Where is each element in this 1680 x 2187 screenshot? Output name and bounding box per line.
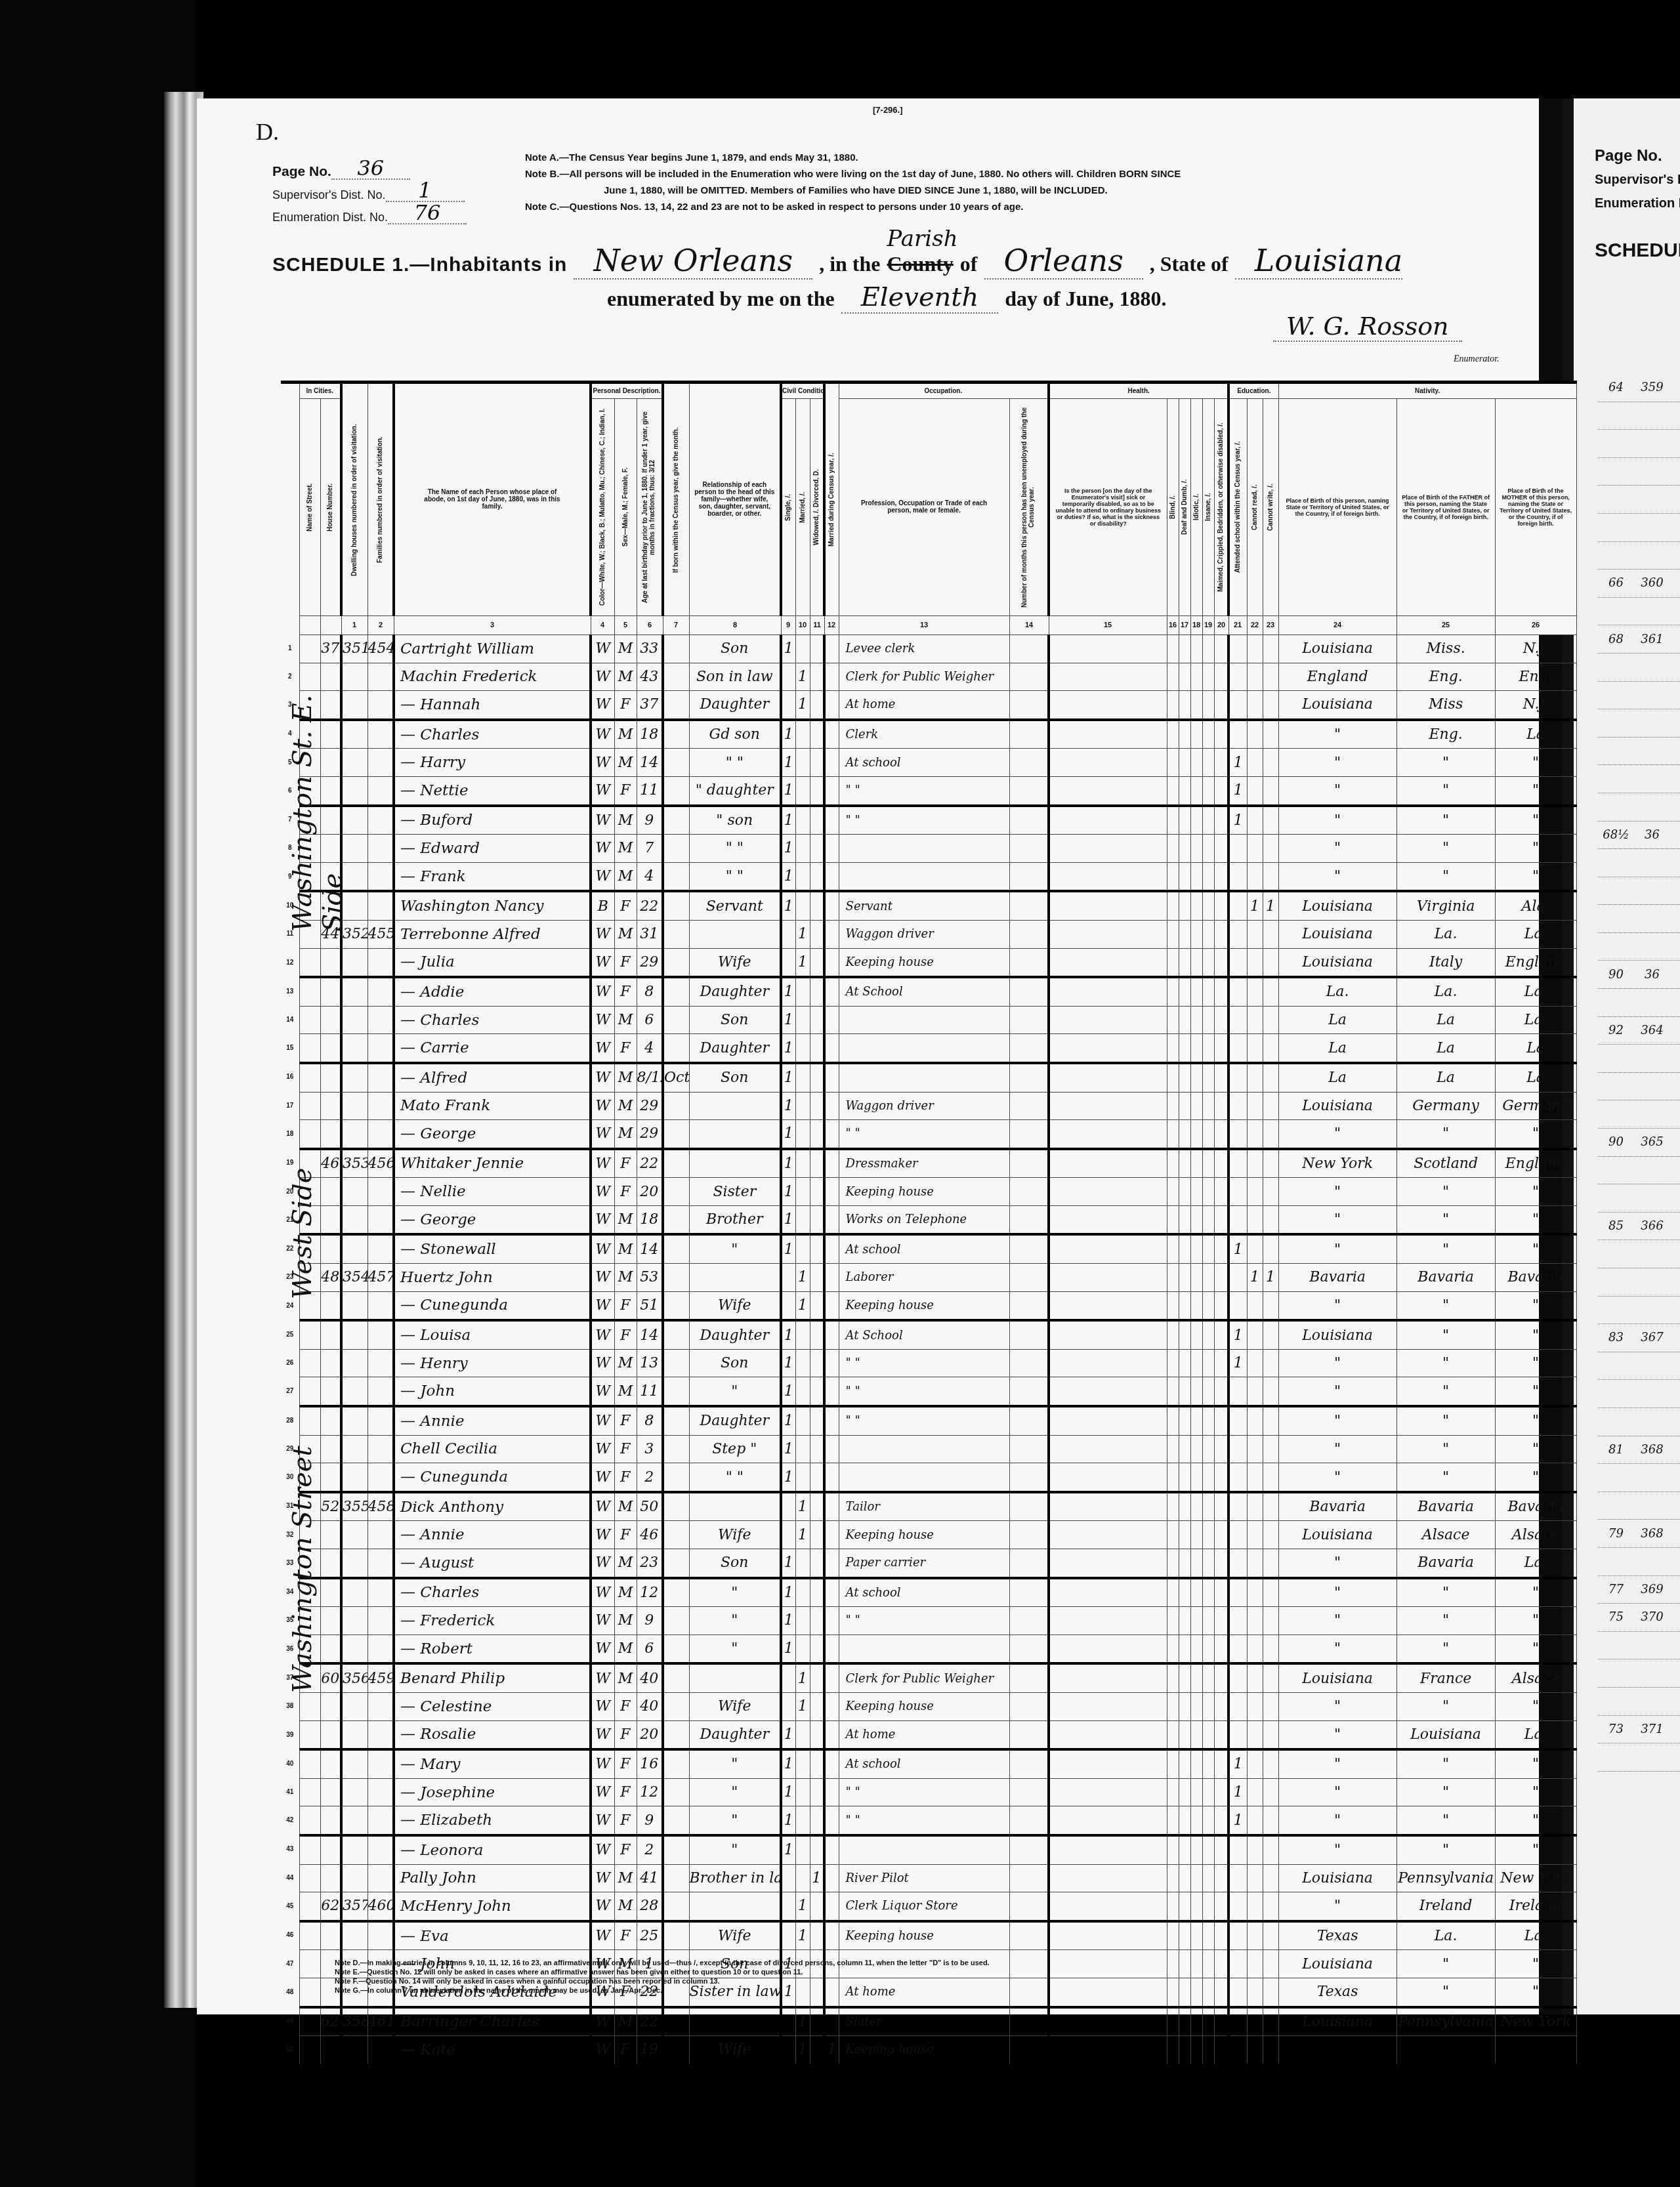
- cell-my: [824, 2007, 839, 2036]
- cell-h19: [1202, 1720, 1214, 1749]
- cell-name: — John: [394, 1377, 591, 1406]
- cell-month: [663, 920, 689, 948]
- cell-read: [1247, 1320, 1263, 1349]
- cell-unemp: [1009, 1492, 1049, 1521]
- cell-h16: [1167, 977, 1179, 1006]
- cell-my: [824, 1720, 839, 1749]
- cell-m: 1: [795, 920, 810, 948]
- cell-color: W: [591, 1063, 614, 1092]
- cell-name: — Annie: [394, 1406, 591, 1435]
- header-cannot-write: Cannot write, /.: [1267, 399, 1274, 615]
- header-cannot-read: Cannot read, /.: [1251, 399, 1259, 615]
- cell-read: [1247, 1778, 1263, 1806]
- cell-sick: [1049, 1635, 1167, 1663]
- cell-h19: [1202, 1663, 1214, 1692]
- cell-w: [810, 1063, 824, 1092]
- cell-h18: [1190, 835, 1202, 863]
- cell-read: [1247, 1120, 1263, 1149]
- cell-h17: [1179, 1663, 1190, 1692]
- adjacent-row: [1598, 738, 1680, 766]
- cell-read: [1247, 977, 1263, 1006]
- cell-h20: [1214, 1435, 1228, 1463]
- cell-month: [663, 1320, 689, 1349]
- table-row: 24— CunegundaWF51Wife1Keeping house""": [281, 1291, 1576, 1320]
- cell-occ: At school: [839, 1234, 1009, 1263]
- cell-age: 11: [637, 776, 663, 805]
- cell-color: W: [591, 691, 614, 720]
- cell-s: 1: [781, 749, 795, 777]
- cell-h17: [1179, 1692, 1190, 1720]
- cell-school: [1228, 720, 1247, 749]
- cell-h19: [1202, 1635, 1214, 1663]
- cell-month: [663, 835, 689, 863]
- cell-my: [824, 977, 839, 1006]
- cell-school: 1: [1228, 1234, 1247, 1263]
- cell-sex: F: [614, 776, 637, 805]
- cell-school: [1228, 1264, 1247, 1292]
- cell-house: [320, 1521, 341, 1549]
- cell-h16: [1167, 1435, 1179, 1463]
- cell-bp: ": [1278, 806, 1396, 835]
- cell-h17: [1179, 1835, 1190, 1864]
- cell-unemp: [1009, 1692, 1049, 1720]
- cell-sick: [1049, 1435, 1167, 1463]
- adjacent-dwelling: 371: [1634, 1722, 1670, 1736]
- header-dwelling: Dwelling houses numbered in order of vis…: [351, 392, 358, 608]
- column-number: 15: [1049, 616, 1167, 635]
- cell-h17: [1179, 1349, 1190, 1377]
- cell-sick: [1049, 1663, 1167, 1692]
- group-occupation: Occupation.: [839, 383, 1049, 399]
- cell-h20: [1214, 920, 1228, 948]
- column-number: 7: [663, 616, 689, 635]
- cell-family: [367, 1205, 394, 1234]
- cell-name: — Celestine: [394, 1692, 591, 1720]
- cell-sex: F: [614, 1835, 637, 1864]
- cell-school: [1228, 920, 1247, 948]
- cell-bp: ": [1278, 776, 1396, 805]
- cell-family: [367, 749, 394, 777]
- cell-m: [795, 1349, 810, 1377]
- cell-dwelling: [341, 1092, 367, 1120]
- cell-bf: ": [1396, 1749, 1495, 1778]
- cell-age: 2: [637, 1835, 663, 1864]
- cell-h18: [1190, 1921, 1202, 1950]
- cell-read: [1247, 1149, 1263, 1178]
- cell-s: 1: [781, 1406, 795, 1435]
- cell-color: W: [591, 1806, 614, 1835]
- cell-school: [1228, 1635, 1247, 1663]
- cell-write: [1263, 1463, 1278, 1492]
- cell-house: [320, 1692, 341, 1720]
- cell-write: [1263, 1435, 1278, 1463]
- cell-sick: [1049, 1092, 1167, 1120]
- cell-color: W: [591, 948, 614, 977]
- cell-bp: ": [1278, 1635, 1396, 1663]
- cell-month: [663, 1178, 689, 1206]
- header-age: Age at last birthday prior to June 1, 18…: [642, 399, 656, 615]
- cell-family: [367, 1178, 394, 1206]
- cell-bp: ": [1278, 1120, 1396, 1149]
- cell-unemp: [1009, 663, 1049, 691]
- cell-color: W: [591, 1549, 614, 1578]
- cell-rel: ": [689, 1835, 781, 1864]
- cell-read: [1247, 1092, 1263, 1120]
- cell-month: [663, 691, 689, 720]
- cell-s: 1: [781, 1607, 795, 1635]
- cell-sex: F: [614, 1778, 637, 1806]
- cell-write: [1263, 835, 1278, 863]
- cell-s: [781, 1663, 795, 1692]
- cell-bp: Texas: [1278, 1978, 1396, 2007]
- column-number: 9: [781, 616, 795, 635]
- cell-bf: ": [1396, 1406, 1495, 1435]
- cell-sick: [1049, 776, 1167, 805]
- cell-color: W: [591, 1205, 614, 1234]
- cell-bf: ": [1396, 835, 1495, 863]
- cell-read: [1247, 663, 1263, 691]
- cell-street: [299, 1835, 320, 1864]
- cell-month: [663, 663, 689, 691]
- cell-rel: " daughter: [689, 776, 781, 805]
- cell-month: [663, 1349, 689, 1377]
- cell-h20: [1214, 1377, 1228, 1406]
- cell-s: 1: [781, 1063, 795, 1092]
- cell-sex: F: [614, 1921, 637, 1950]
- cell-my: [824, 1406, 839, 1435]
- cell-h17: [1179, 1720, 1190, 1749]
- cell-bm: Ireland: [1495, 1892, 1576, 1921]
- cell-unemp: [1009, 891, 1049, 920]
- cell-bm: La: [1495, 720, 1576, 749]
- cell-bm: ": [1495, 1835, 1576, 1864]
- note-d: Note D.—In making entries in columns 9, …: [335, 1959, 1253, 1968]
- cell-bf: Virginia: [1396, 891, 1495, 920]
- cell-month: [663, 776, 689, 805]
- cell-s: 1: [781, 1720, 795, 1749]
- adjacent-house: 75: [1598, 1610, 1634, 1624]
- adjacent-row: [1598, 430, 1680, 458]
- cell-h19: [1202, 862, 1214, 891]
- cell-bf: ": [1396, 1291, 1495, 1320]
- cell-h20: [1214, 1663, 1228, 1692]
- cell-h19: [1202, 1320, 1214, 1349]
- cell-school: 1: [1228, 1320, 1247, 1349]
- cell-bf: ": [1396, 1320, 1495, 1349]
- cell-age: 28: [637, 1892, 663, 1921]
- cell-month: [663, 1749, 689, 1778]
- cell-name: — August: [394, 1549, 591, 1578]
- table-row: 18— GeorgeWM291" """": [281, 1120, 1576, 1149]
- cell-my: [824, 920, 839, 948]
- table-row: 14— CharlesWM6Son1LaLaLa.: [281, 1006, 1576, 1034]
- adjacent-row: [1598, 542, 1680, 570]
- cell-house: [320, 1778, 341, 1806]
- cell-s: 1: [781, 1749, 795, 1778]
- cell-h17: [1179, 1778, 1190, 1806]
- adjacent-row: [1598, 1380, 1680, 1408]
- cell-my: [824, 776, 839, 805]
- cell-my: [824, 663, 839, 691]
- cell-dwelling: [341, 1063, 367, 1092]
- cell-dwelling: [341, 1320, 367, 1349]
- cell-h18: [1190, 1463, 1202, 1492]
- cell-age: 53: [637, 1264, 663, 1292]
- table-row: 9— FrankWM4" "1""": [281, 862, 1576, 891]
- adjacent-row: 85366: [1598, 1213, 1680, 1241]
- cell-name: — Nettie: [394, 776, 591, 805]
- cell-unemp: [1009, 776, 1049, 805]
- cell-m: [795, 1205, 810, 1234]
- cell-dwelling: [341, 1006, 367, 1034]
- cell-school: [1228, 1864, 1247, 1892]
- header-color: Color—White, W.; Black, B.; Mulatto, Mu.…: [599, 399, 606, 615]
- cell-street: [299, 2007, 320, 2036]
- cell-w: [810, 720, 824, 749]
- header-widowed: Widowed, /. Divorced, D.: [813, 399, 820, 615]
- cell-dwelling: [341, 1607, 367, 1635]
- cell-unemp: [1009, 635, 1049, 663]
- cell-write: [1263, 1234, 1278, 1263]
- cell-my: [824, 1006, 839, 1034]
- cell-month: [663, 891, 689, 920]
- cell-sex: M: [614, 1635, 637, 1663]
- cell-my: [824, 1607, 839, 1635]
- cell-name: Cartright William: [394, 635, 591, 663]
- cell-bm: Germany: [1495, 1092, 1576, 1120]
- cell-bm: ": [1495, 806, 1576, 835]
- adjacent-row: [1598, 1464, 1680, 1492]
- table-row: 16— AlfredWM8/12OctSon1LaLaLa: [281, 1063, 1576, 1092]
- cell-h18: [1190, 948, 1202, 977]
- adjacent-row: [1598, 989, 1680, 1017]
- cell-sick: [1049, 1720, 1167, 1749]
- cell-write: [1263, 1034, 1278, 1063]
- cell-name: — George: [394, 1120, 591, 1149]
- cell-read: [1247, 1892, 1263, 1921]
- cell-w: [810, 1205, 824, 1234]
- cell-house: 48: [320, 1264, 341, 1292]
- cell-w: [810, 1778, 824, 1806]
- cell-bm: ": [1495, 1607, 1576, 1635]
- form-stamp: [7-296.]: [873, 105, 903, 115]
- cell-my: [824, 1264, 839, 1292]
- cell-house: 60: [320, 1663, 341, 1692]
- cell-color: W: [591, 749, 614, 777]
- cell-occ: [839, 1463, 1009, 1492]
- cell-age: 20: [637, 1720, 663, 1749]
- cell-h17: [1179, 1492, 1190, 1521]
- cell-age: 23: [637, 1549, 663, 1578]
- cell-h17: [1179, 948, 1190, 977]
- adjacent-house: 66: [1598, 576, 1634, 590]
- cell-bf: ": [1396, 776, 1495, 805]
- cell-bf: La: [1396, 1063, 1495, 1092]
- column-number: 3: [394, 616, 591, 635]
- day-value: Eleventh: [841, 282, 999, 314]
- cell-m: [795, 776, 810, 805]
- cell-bf: ": [1396, 1607, 1495, 1635]
- adjacent-row: [1598, 1100, 1680, 1129]
- cell-h16: [1167, 1034, 1179, 1063]
- cell-bm: England: [1495, 948, 1576, 977]
- cell-bp: Bavaria: [1278, 1492, 1396, 1521]
- cell-bm: ": [1495, 1291, 1576, 1320]
- cell-h20: [1214, 776, 1228, 805]
- cell-family: [367, 1835, 394, 1864]
- cell-age: 29: [637, 1120, 663, 1149]
- cell-bf: ": [1396, 1950, 1495, 1978]
- header-born-month: If born within the Census year, give the…: [673, 392, 680, 608]
- group-personal: Personal Description.: [591, 383, 663, 399]
- table-row: 42— ElizabethWF9"1" "1""": [281, 1806, 1576, 1835]
- cell-color: W: [591, 1149, 614, 1178]
- cell-read: [1247, 1406, 1263, 1435]
- cell-m: [795, 977, 810, 1006]
- cell-h18: [1190, 720, 1202, 749]
- adjacent-row: [1598, 458, 1680, 486]
- cell-w: [810, 1892, 824, 1921]
- cell-family: [367, 1692, 394, 1720]
- cell-bf: ": [1396, 1178, 1495, 1206]
- cell-h17: [1179, 1006, 1190, 1034]
- cell-age: 22: [637, 1149, 663, 1178]
- cell-bp: ": [1278, 1349, 1396, 1377]
- cell-w: [810, 1034, 824, 1063]
- adjacent-page-no: Page No.: [1595, 144, 1680, 168]
- cell-bp: ": [1278, 749, 1396, 777]
- header-house: House Number.: [327, 399, 334, 615]
- cell-bm: ": [1495, 1320, 1576, 1349]
- cell-age: 31: [637, 920, 663, 948]
- cell-dwelling: [341, 1463, 367, 1492]
- cell-h20: [1214, 1006, 1228, 1034]
- cell-unemp: [1009, 1864, 1049, 1892]
- cell-unemp: [1009, 977, 1049, 1006]
- cell-my: [824, 1178, 839, 1206]
- cell-w: [810, 1692, 824, 1720]
- cell-h19: [1202, 1349, 1214, 1377]
- enumerated-label: enumerated by me on the: [607, 287, 835, 311]
- cell-unemp: [1009, 1720, 1049, 1749]
- cell-month: [663, 1835, 689, 1864]
- cell-h17: [1179, 1149, 1190, 1178]
- cell-h17: [1179, 2036, 1190, 2065]
- cell-h19: [1202, 776, 1214, 805]
- cell-bp: ": [1278, 1720, 1396, 1749]
- cell-family: 456: [367, 1149, 394, 1178]
- cell-occ: Keeping house: [839, 1291, 1009, 1320]
- cell-month: [663, 1864, 689, 1892]
- cell-sex: F: [614, 1178, 637, 1206]
- cell-h18: [1190, 1806, 1202, 1835]
- schedule-title-line: SCHEDULE 1.—Inhabitants in New Orleans ,…: [272, 243, 1402, 280]
- cell-name: Huertz John: [394, 1264, 591, 1292]
- cell-m: [795, 1720, 810, 1749]
- cell-unemp: [1009, 1806, 1049, 1835]
- cell-rel: [689, 920, 781, 948]
- cell-sick: [1049, 691, 1167, 720]
- cell-family: [367, 1463, 394, 1492]
- cell-family: [367, 1034, 394, 1063]
- cell-family: 459: [367, 1663, 394, 1692]
- cell-my: [824, 749, 839, 777]
- cell-dwelling: [341, 1864, 367, 1892]
- cell-name: Dick Anthony: [394, 1492, 591, 1521]
- cell-dwelling: [341, 1835, 367, 1864]
- cell-age: 11: [637, 1377, 663, 1406]
- cell-sick: [1049, 1063, 1167, 1092]
- cell-bf: ": [1396, 1435, 1495, 1463]
- cell-occ: [839, 1063, 1009, 1092]
- cell-h19: [1202, 1921, 1214, 1950]
- cell-h19: [1202, 920, 1214, 948]
- cell-h16: [1167, 1778, 1179, 1806]
- cell-rel: [689, 1492, 781, 1521]
- cell-age: 8: [637, 1406, 663, 1435]
- cell-age: 18: [637, 720, 663, 749]
- cell-h20: [1214, 1749, 1228, 1778]
- cell-h16: [1167, 806, 1179, 835]
- cell-school: [1228, 862, 1247, 891]
- cell-sick: [1049, 1864, 1167, 1892]
- adjacent-dwelling: 369: [1634, 1583, 1670, 1596]
- cell-sex: M: [614, 1006, 637, 1034]
- cell-write: 1: [1263, 891, 1278, 920]
- table-row: 17Mato FrankWM291Waggon driverLouisianaG…: [281, 1092, 1576, 1120]
- cell-h20: [1214, 1607, 1228, 1635]
- cell-rel: Servant: [689, 891, 781, 920]
- cell-h17: [1179, 1034, 1190, 1063]
- cell-family: [367, 1349, 394, 1377]
- cell-read: [1247, 1749, 1263, 1778]
- cell-name: — Mary: [394, 1749, 591, 1778]
- census-rows: 137351454Cartright WilliamWM33Son1Levee …: [281, 635, 1576, 2065]
- cell-rel: ": [689, 1806, 781, 1835]
- cell-my: [824, 1921, 839, 1950]
- cell-m: 1: [795, 1921, 810, 1950]
- cell-bf: France: [1396, 1663, 1495, 1692]
- header-birth-mother: Place of Birth of the MOTHER of this per…: [1495, 399, 1576, 616]
- cell-line: 48: [281, 1978, 299, 2007]
- cell-age: 50: [637, 1492, 663, 1521]
- cell-read: [1247, 835, 1263, 863]
- cell-age: 20: [637, 1178, 663, 1206]
- cell-s: [781, 1264, 795, 1292]
- cell-school: [1228, 1835, 1247, 1864]
- cell-h18: [1190, 1578, 1202, 1607]
- note-f: Note F.—Question No. 14 will only be ask…: [335, 1977, 1253, 1986]
- street-annotation-1: Washington St. E. Side: [287, 656, 348, 932]
- cell-dwelling: [341, 2036, 367, 2065]
- column-number: 24: [1278, 616, 1396, 635]
- adjacent-row: 9036: [1598, 961, 1680, 989]
- cell-h16: [1167, 720, 1179, 749]
- cell-house: [320, 1034, 341, 1063]
- cell-w: [810, 1921, 824, 1950]
- cell-s: 1: [781, 1349, 795, 1377]
- cell-rel: [689, 1663, 781, 1692]
- cell-h19: [1202, 1264, 1214, 1292]
- cell-s: 1: [781, 862, 795, 891]
- cell-line: 14: [281, 1006, 299, 1034]
- cell-write: [1263, 720, 1278, 749]
- cell-s: 1: [781, 776, 795, 805]
- cell-sex: M: [614, 1120, 637, 1149]
- cell-bf: La.: [1396, 1921, 1495, 1950]
- cell-s: 1: [781, 1149, 795, 1178]
- cell-house: [320, 1349, 341, 1377]
